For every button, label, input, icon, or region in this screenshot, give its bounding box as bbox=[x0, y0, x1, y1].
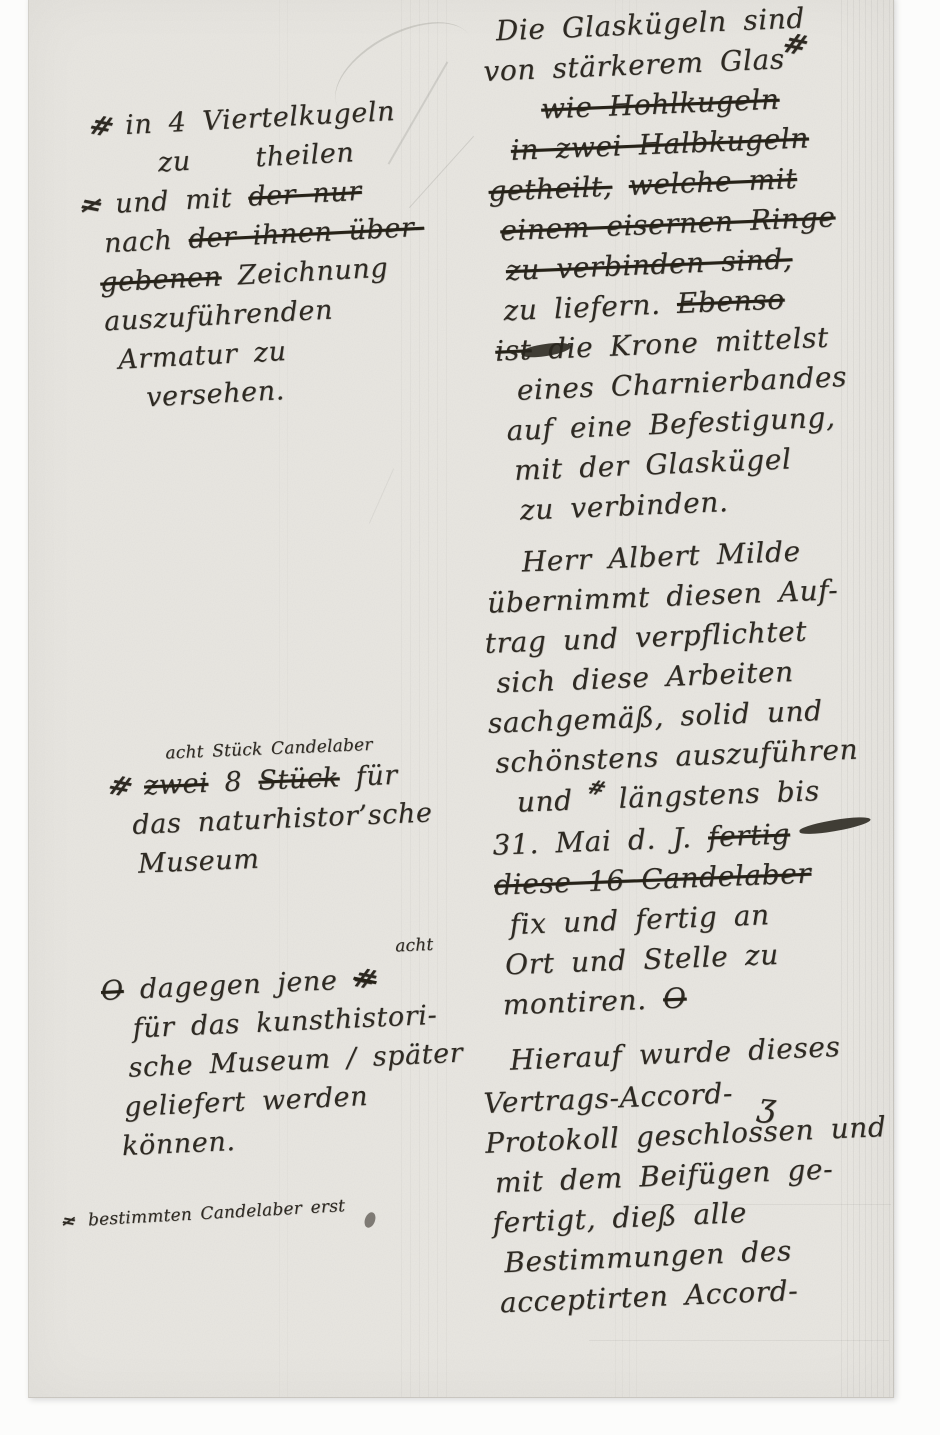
handwriting-block-art-history-museum: achtO dagegen jene #für das kunsthistori… bbox=[99, 932, 468, 1167]
handwritten-text: ist bbox=[495, 333, 533, 367]
handwritten-text: O bbox=[662, 981, 687, 1015]
handwritten-text: 31. Mai d. J. bbox=[492, 821, 709, 862]
handwritten-text: und bbox=[516, 783, 590, 819]
handwritten-text: der nur bbox=[247, 176, 362, 213]
paper-sheet: #in 4 Viertelkugelnzu theilen≠und mit de… bbox=[28, 0, 894, 1398]
handwritten-text: fertigt, dieß alle bbox=[492, 1196, 748, 1240]
handwritten-text: versehen. bbox=[145, 375, 285, 413]
crease-mark bbox=[369, 468, 394, 523]
handwritten-text: fertig bbox=[707, 817, 790, 853]
handwritten-text: Vertrags-Accord- bbox=[483, 1077, 734, 1120]
scanned-manuscript-page: { "page": { "kind": "handwritten manuscr… bbox=[0, 0, 940, 1435]
handwritten-text: acht bbox=[395, 935, 434, 957]
handwriting-block-milde-obligation: Herr Albert Mildeübernimmt diesen Auf-tr… bbox=[481, 530, 868, 1026]
insertion-mark: # bbox=[101, 766, 140, 807]
ink-smudge bbox=[363, 1211, 378, 1229]
handwritten-text: dagegen jene bbox=[123, 964, 354, 1005]
handwritten-line: ≠bestimmten Candelaber erst bbox=[61, 1194, 346, 1234]
handwritten-text: bestimmten Candelaber erst bbox=[88, 1196, 346, 1230]
handwritten-text: nach bbox=[103, 224, 189, 259]
insertion-mark: ≠ bbox=[57, 1209, 81, 1234]
handwriting-block-armature: #in 4 Viertelkugelnzu theilen≠und mit de… bbox=[89, 91, 433, 420]
handwritten-text: Stück bbox=[258, 762, 340, 796]
handwritten-text bbox=[612, 169, 630, 203]
handwritten-line: acht bbox=[395, 932, 459, 959]
handwritten-text: gebenen bbox=[99, 261, 222, 298]
handwritten-text: 8 bbox=[208, 766, 259, 799]
handwritten-text: zu theilen bbox=[157, 137, 355, 178]
handwritten-text: acceptirten Accord- bbox=[499, 1274, 799, 1319]
handwritten-text: längstens bis bbox=[618, 774, 820, 815]
insertion-mark: # bbox=[82, 106, 120, 147]
handwriting-block-natural-history-museum: acht Stück Candelaber#zwei 8 Stück fürda… bbox=[107, 731, 435, 885]
handwritten-text: Ebenso bbox=[676, 283, 785, 320]
margin-note: ≠bestimmten Candelaber erst bbox=[61, 1194, 346, 1234]
handwritten-text: für bbox=[339, 760, 399, 793]
handwritten-text: Zeichnung bbox=[221, 253, 389, 293]
handwriting-block-glass-globes: Die Glaskügeln sindvon stärkerem Glas#wi… bbox=[481, 0, 853, 532]
handwritten-text: montiren. bbox=[502, 982, 664, 1021]
handwritten-text: wie Hohlkugeln bbox=[540, 83, 780, 126]
handwritten-text: fix und fertig an bbox=[509, 898, 770, 941]
handwritten-text: zu liefern. bbox=[503, 287, 678, 327]
handwriting-block-accord-closing: Hierauf wurde diesesVertrags-Accord-ʒPro… bbox=[481, 1025, 894, 1324]
handwritten-text: getheilt, bbox=[488, 170, 613, 208]
handwritten-text: zwei bbox=[143, 768, 209, 802]
insertion-mark: ≠ bbox=[73, 185, 111, 226]
handwritten-text: O bbox=[100, 975, 124, 1007]
handwritten-text: welche mit bbox=[628, 162, 798, 202]
handwritten-text: und mit bbox=[114, 182, 249, 220]
scan-line bbox=[589, 1340, 889, 1341]
handwritten-text: Ort und Stelle zu bbox=[505, 938, 780, 981]
handwritten-text: Herr Albert Milde bbox=[521, 535, 801, 579]
handwritten-text: Museum bbox=[137, 844, 260, 880]
handwritten-text: Armatur zu bbox=[117, 336, 287, 376]
handwritten-text: können. bbox=[121, 1126, 236, 1162]
handwritten-text: zu verbinden. bbox=[519, 485, 729, 527]
